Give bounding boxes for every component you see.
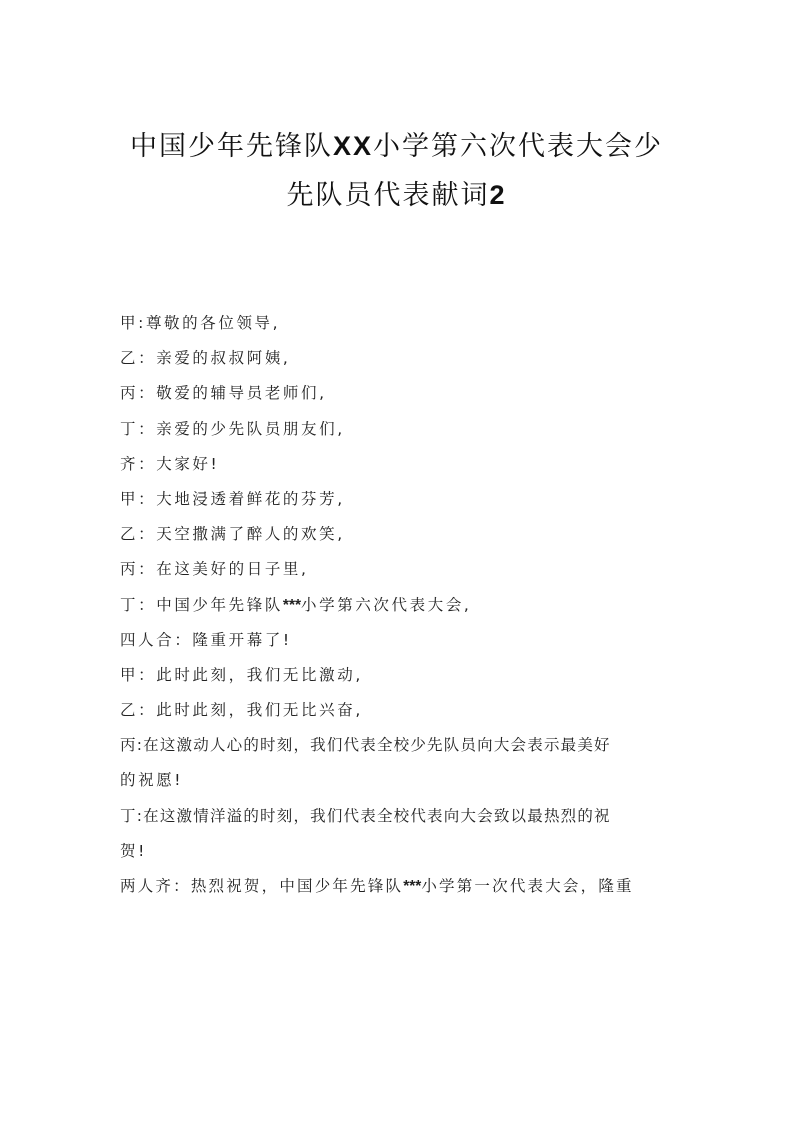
speaker-label: 丙	[120, 736, 137, 754]
title-line-2: 先队员代表献词2	[100, 171, 693, 220]
line-text: 小学第六次代表大会,	[301, 596, 471, 614]
line-text: 贺!	[120, 842, 147, 860]
separator: ：	[138, 490, 156, 508]
title-text: 中国少年先锋队	[130, 131, 333, 162]
dialogue-line: 丙:在这激动人心的时刻，我们代表全校少先队员向大会表示最美好	[120, 728, 680, 763]
line-text: 小学第一次代表大会，隆重	[421, 877, 633, 895]
speaker-label: 齐	[120, 455, 138, 473]
dialogue-line-continuation: 的祝愿!	[120, 763, 680, 798]
line-text: 亲爱的少先队员朋友们,	[156, 420, 345, 438]
separator: ：	[138, 384, 156, 402]
line-text: 此时此刻，我们无比兴奋,	[156, 701, 363, 719]
separator: ：	[138, 701, 156, 719]
document-page: 中国少年先锋队XX小学第六次代表大会少 先队员代表献词2 甲:尊敬的各位领导, …	[0, 0, 793, 1122]
speaker-label: 两人齐	[120, 877, 173, 895]
dialogue-line: 甲：大地浸透着鲜花的芬芳,	[120, 482, 680, 517]
line-text: 敬爱的辅导员老师们,	[156, 384, 326, 402]
separator: ：	[138, 666, 156, 684]
separator: ：	[138, 560, 156, 578]
dialogue-line: 甲:尊敬的各位领导,	[120, 306, 680, 341]
speaker-label: 四人合	[120, 631, 174, 649]
line-text: 大地浸透着鲜花的芬芳,	[156, 490, 345, 508]
document-title: 中国少年先锋队XX小学第六次代表大会少 先队员代表献词2	[100, 122, 693, 220]
line-text: 亲爱的叔叔阿姨,	[156, 349, 290, 367]
dialogue-line: 乙：天空撒满了醉人的欢笑,	[120, 517, 680, 552]
title-number: 2	[489, 180, 506, 210]
speaker-label: 乙	[120, 525, 138, 543]
separator: :	[138, 314, 146, 332]
speaker-label: 丁	[120, 807, 137, 825]
speaker-label: 甲	[120, 490, 138, 508]
dialogue-line: 丙：在这美好的日子里,	[120, 552, 680, 587]
dialogue-line: 丁：中国少年先锋队***小学第六次代表大会,	[120, 588, 680, 623]
line-text: 在这美好的日子里,	[156, 560, 308, 578]
dialogue-line: 乙：此时此刻，我们无比兴奋,	[120, 693, 680, 728]
document-body: 甲:尊敬的各位领导, 乙：亲爱的叔叔阿姨, 丙：敬爱的辅导员老师们, 丁：亲爱的…	[120, 306, 680, 904]
dialogue-line: 乙：亲爱的叔叔阿姨,	[120, 341, 680, 376]
dialogue-line: 齐：大家好!	[120, 447, 680, 482]
school-placeholder: ***	[283, 597, 301, 614]
separator: ：	[138, 596, 156, 614]
line-text: 尊敬的各位领导,	[146, 314, 280, 332]
title-text: 小学第六次代表大会少	[373, 131, 663, 162]
speaker-label: 乙	[120, 349, 138, 367]
separator: ：	[138, 525, 156, 543]
speaker-label: 乙	[120, 701, 138, 719]
title-placeholder-school: XX	[333, 131, 373, 161]
line-text: 大家好!	[156, 455, 219, 473]
dialogue-line: 四人合：隆重开幕了!	[120, 623, 680, 658]
school-placeholder: ***	[403, 878, 421, 895]
dialogue-line: 甲：此时此刻，我们无比激动,	[120, 658, 680, 693]
line-text: 的祝愿!	[120, 771, 183, 789]
separator: ：	[138, 349, 156, 367]
separator: ：	[174, 631, 192, 649]
line-text: 在这激动人心的时刻，我们代表全校少先队员向大会表示最美好	[143, 736, 611, 754]
title-text: 先队员代表献词	[286, 180, 489, 211]
dialogue-line-continuation: 贺!	[120, 834, 680, 869]
dialogue-line: 丁:在这激情洋溢的时刻，我们代表全校代表向大会致以最热烈的祝	[120, 799, 680, 834]
title-line-1: 中国少年先锋队XX小学第六次代表大会少	[100, 122, 693, 171]
speaker-label: 甲	[120, 666, 138, 684]
separator: ：	[138, 455, 156, 473]
speaker-label: 丁	[120, 596, 138, 614]
line-text: 在这激情洋溢的时刻，我们代表全校代表向大会致以最热烈的祝	[143, 807, 611, 825]
separator: ：	[138, 420, 156, 438]
line-text: 热烈祝贺，中国少年先锋队	[191, 877, 403, 895]
separator: ：	[173, 877, 191, 895]
dialogue-line: 两人齐：热烈祝贺，中国少年先锋队***小学第一次代表大会，隆重	[120, 869, 680, 904]
speaker-label: 丙	[120, 560, 138, 578]
line-text: 中国少年先锋队	[156, 596, 283, 614]
dialogue-line: 丙：敬爱的辅导员老师们,	[120, 376, 680, 411]
speaker-label: 丁	[120, 420, 138, 438]
line-text: 天空撒满了醉人的欢笑,	[156, 525, 345, 543]
speaker-label: 丙	[120, 384, 138, 402]
line-text: 此时此刻，我们无比激动,	[156, 666, 363, 684]
dialogue-line: 丁：亲爱的少先队员朋友们,	[120, 412, 680, 447]
line-text: 隆重开幕了!	[192, 631, 291, 649]
speaker-label: 甲	[120, 314, 138, 332]
